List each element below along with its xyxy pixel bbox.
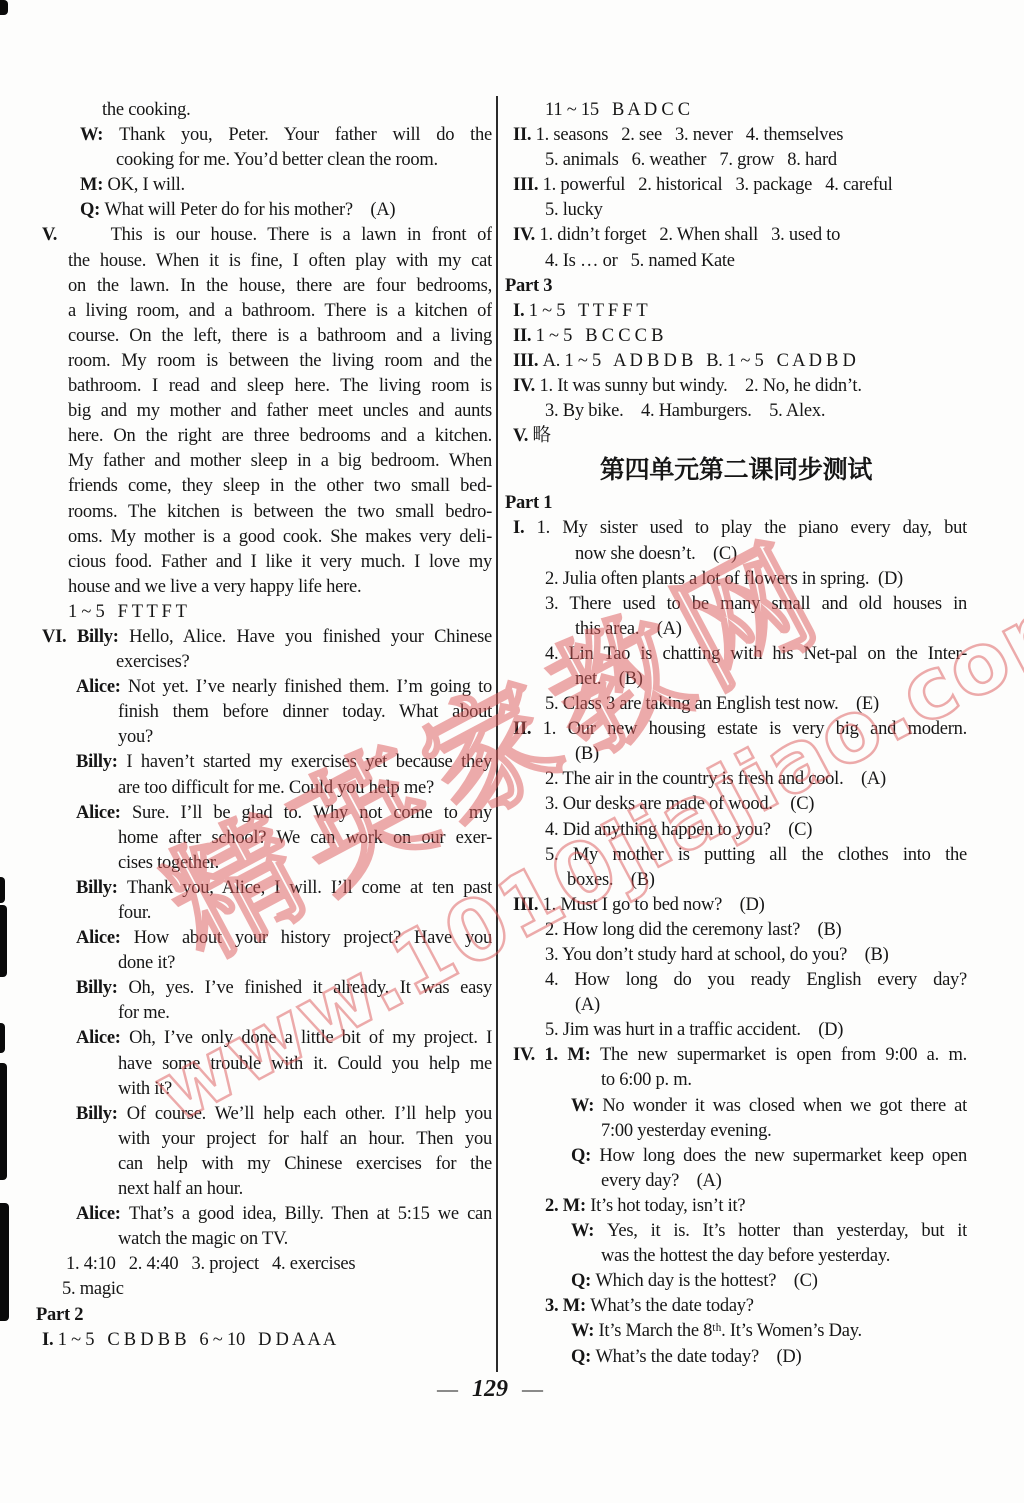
line-text: 3. There used to be many small and old h…: [545, 594, 967, 614]
bold-label: Part 3: [505, 276, 552, 296]
text-line: My father and mother sleep in a big bedr…: [36, 449, 492, 474]
bold-label: Alice:: [76, 928, 134, 948]
text-line: with it?: [36, 1077, 492, 1102]
line-text: cious food. Father and I like it very mu…: [68, 552, 492, 572]
text-line: done it?: [36, 951, 492, 976]
text-line: 5. My mother is putting all the clothes …: [505, 843, 967, 868]
line-text: 1. Our new housing estate is very big an…: [543, 719, 967, 739]
bold-label: V.: [513, 426, 532, 446]
text-line: 3. There used to be many small and old h…: [505, 592, 967, 617]
line-text: bathroom. I read and sleep here. The liv…: [68, 376, 492, 396]
line-text: Thank you, Peter. Your father will do th…: [119, 125, 492, 145]
line-text: Thank you, Alice, I will. I’ll come at t…: [127, 878, 492, 898]
bold-label: Billy:: [76, 978, 128, 998]
bold-label: W:: [571, 1321, 599, 1341]
line-text: How long does the new supermarket keep o…: [599, 1146, 967, 1166]
line-text: 5. My mother is putting all the clothes …: [545, 845, 967, 865]
line-text: are too difficult for me. Could you help…: [118, 778, 434, 798]
text-line: Part 2: [36, 1303, 492, 1328]
text-line: cious food. Father and I like it very mu…: [36, 550, 492, 575]
page-number-value: 129: [472, 1376, 508, 1402]
bold-label: Alice:: [76, 1028, 129, 1048]
text-line: this area. (A): [505, 617, 967, 642]
line-text: 4. Did anything happen to you? (C): [545, 820, 812, 840]
text-line: W: Yes, it is. It’s hotter than yesterda…: [505, 1219, 967, 1244]
line-text: What will Peter do for his mother? (A): [104, 200, 395, 220]
text-line: Q: How long does the new supermarket kee…: [505, 1144, 967, 1169]
text-line: house and we live a very happy life here…: [36, 575, 492, 600]
text-line: W: No wonder it was closed when we got t…: [505, 1094, 967, 1119]
line-text: to 6:00 p. m.: [601, 1070, 692, 1090]
text-line: 2. The air in the country is fresh and c…: [505, 767, 967, 792]
line-text: 1. It was sunny but windy. 2. No, he did…: [539, 376, 861, 396]
text-line: was the hottest the day before yesterday…: [505, 1244, 967, 1269]
scan-artifact: [0, 0, 8, 15]
bold-label: III.: [513, 895, 543, 915]
line-text: 1 ~ 5 T T F F T: [529, 301, 648, 321]
bold-label: III.: [513, 351, 543, 371]
text-line: Q: Which day is the hottest? (C): [505, 1269, 967, 1294]
left-text-column: the cooking.W: Thank you, Peter. Your fa…: [36, 98, 492, 1353]
text-line: are too difficult for me. Could you help…: [36, 776, 492, 801]
line-text: big and my mother and father meet uncles…: [68, 401, 492, 421]
line-text: What’s the date today?: [590, 1296, 754, 1316]
text-line: boxes. (B): [505, 868, 967, 893]
line-text: Oh, I’ve only done a little bit of my pr…: [129, 1028, 492, 1048]
scan-artifact: [0, 905, 7, 977]
line-text: The new supermarket is open from 9:00 a.…: [600, 1045, 967, 1065]
line-text: rooms. The kitchen is between the two sm…: [68, 502, 492, 522]
line-text: 3. Our desks are made of wood. (C): [545, 794, 814, 814]
text-line: 11 ~ 15 B A D C C: [505, 98, 967, 123]
text-line: Billy: I haven’t started my exercises ye…: [36, 750, 492, 775]
line-text: 4. Is … or 5. named Kate: [545, 251, 735, 271]
bold-label: I.: [513, 518, 537, 538]
bold-label: IV. 1. M:: [513, 1045, 600, 1065]
line-text: 1 ~ 5 F T T F T: [68, 602, 187, 622]
bold-label: Alice:: [76, 803, 132, 823]
text-line: Q: What will Peter do for his mother? (A…: [36, 198, 492, 223]
line-text: Which day is the hottest? (C): [595, 1271, 817, 1291]
text-line: W: Thank you, Peter. Your father will do…: [36, 123, 492, 148]
text-line: 1 ~ 5 F T T F T: [36, 600, 492, 625]
text-line: (A): [505, 993, 967, 1018]
text-line: II. 1. Our new housing estate is very bi…: [505, 717, 967, 742]
text-line: here. On the right are three bedrooms an…: [36, 424, 492, 449]
line-text: 5. lucky: [545, 200, 603, 220]
scan-artifact: [0, 877, 5, 903]
line-text: I haven’t started my exercises yet becau…: [126, 752, 492, 772]
line-text: Not yet. I’ve nearly finished them. I’m …: [128, 677, 492, 697]
line-text: house and we live a very happy life here…: [68, 577, 361, 597]
text-line: Alice: That’s a good idea, Billy. Then a…: [36, 1202, 492, 1227]
text-line: cooking for me. You’d better clean the r…: [36, 148, 492, 173]
text-line: 4. How long do you ready English every d…: [505, 968, 967, 993]
text-line: have some trouble with it. Could you hel…: [36, 1052, 492, 1077]
line-text: Sure. I’ll be glad to. Why not come to m…: [132, 803, 492, 823]
line-text: done it?: [118, 953, 175, 973]
line-text: room. My room is between the living room…: [68, 351, 492, 371]
text-line: V. 略: [505, 424, 967, 449]
text-line: finish them before dinner today. What ab…: [36, 700, 492, 725]
bold-label: Part 2: [36, 1305, 83, 1325]
text-line: now she doesn’t. (C): [505, 542, 967, 567]
text-line: II. 1 ~ 5 B C C C B: [505, 324, 967, 349]
scan-artifact: [0, 1023, 5, 1053]
text-line: (B): [505, 742, 967, 767]
text-line: rooms. The kitchen is between the two sm…: [36, 500, 492, 525]
line-text: with it?: [118, 1079, 172, 1099]
line-text: How about your history project? Have you: [134, 928, 492, 948]
text-line: Alice: Sure. I’ll be glad to. Why not co…: [36, 801, 492, 826]
line-text: 4. How long do you ready English every d…: [545, 970, 967, 990]
line-text: cises together.: [118, 853, 219, 873]
line-text: (B): [575, 744, 599, 764]
text-line: 5. magic: [36, 1277, 492, 1302]
line-text: 5. Class 3 are taking an English test no…: [545, 694, 879, 714]
line-text: this area. (A): [575, 619, 682, 639]
line-text: 1. powerful 2. historical 3. package 4. …: [543, 175, 893, 195]
text-line: the house. When it is fine, I often play…: [36, 249, 492, 274]
page-number-left-dash: —: [437, 1377, 458, 1401]
bold-label: Q:: [571, 1146, 599, 1166]
text-line: Alice: Not yet. I’ve nearly finished the…: [36, 675, 492, 700]
text-line: W: It’s March the 8ᵗʰ. It’s Women’s Day.: [505, 1319, 967, 1344]
text-line: bathroom. I read and sleep here. The liv…: [36, 374, 492, 399]
line-text: a living room, and a bathroom. There is …: [68, 301, 492, 321]
line-text: 1. didn’t forget 2. When shall 3. used t…: [539, 225, 840, 245]
text-line: III. 1. powerful 2. historical 3. packag…: [505, 173, 967, 198]
bold-label: Q:: [571, 1347, 595, 1367]
text-line: 4. Did anything happen to you? (C): [505, 818, 967, 843]
text-line: Billy: Of course. We’ll help each other.…: [36, 1102, 492, 1127]
line-text: That’s a good idea, Billy. Then at 5:15 …: [129, 1204, 492, 1224]
text-line: M: OK, I will.: [36, 173, 492, 198]
line-text: boxes. (B): [567, 870, 655, 890]
bold-label: II.: [513, 719, 543, 739]
text-line: a living room, and a bathroom. There is …: [36, 299, 492, 324]
text-line: every day? (A): [505, 1169, 967, 1194]
line-text: Of course. We’ll help each other. I’ll h…: [127, 1104, 492, 1124]
text-line: 3. M: What’s the date today?: [505, 1294, 967, 1319]
line-text: next half an hour.: [118, 1179, 243, 1199]
bold-label: 2. M:: [545, 1196, 590, 1216]
text-line: I. 1 ~ 5 T T F F T: [505, 299, 967, 324]
text-line: I. 1. My sister used to play the piano e…: [505, 516, 967, 541]
text-line: 3. Our desks are made of wood. (C): [505, 792, 967, 817]
line-text: 2. The air in the country is fresh and c…: [545, 769, 886, 789]
line-text: (A): [575, 995, 600, 1015]
text-line: 3. By bike. 4. Hamburgers. 5. Alex.: [505, 399, 967, 424]
line-text: the cooking.: [102, 100, 190, 120]
line-text: cooking for me. You’d better clean the r…: [116, 150, 438, 170]
bold-label: W:: [571, 1096, 602, 1116]
text-line: Part 1: [505, 491, 967, 516]
line-text: every day? (A): [601, 1171, 722, 1191]
line-text: 3. You don’t study hard at school, do yo…: [545, 945, 889, 965]
line-text: 1. Must I go to bed now? (D): [543, 895, 765, 915]
line-text: the house. When it is fine, I often play…: [68, 251, 492, 271]
text-line: 5. Jim was hurt in a traffic accident. (…: [505, 1018, 967, 1043]
bold-label: Alice:: [76, 1204, 129, 1224]
text-line: the cooking.: [36, 98, 492, 123]
line-text: What’s the date today? (D): [595, 1347, 801, 1367]
text-line: cises together.: [36, 851, 492, 876]
bold-label: I.: [513, 301, 529, 321]
bold-label: 3. M:: [545, 1296, 590, 1316]
bold-label: Q:: [80, 200, 104, 220]
line-text: 1. seasons 2. see 3. never 4. themselves: [536, 125, 844, 145]
bold-label: II.: [513, 125, 536, 145]
line-text: 11 ~ 15 B A D C C: [545, 100, 690, 120]
line-text: It’s March the 8ᵗʰ. It’s Women’s Day.: [599, 1321, 862, 1341]
line-text: on the lawn. In the house, there are fou…: [68, 276, 492, 296]
line-text: 1. My sister used to play the piano ever…: [537, 518, 967, 538]
line-text: home after school? We can work on our ex…: [118, 828, 492, 848]
text-line: Billy: Oh, yes. I’ve finished it already…: [36, 976, 492, 1001]
line-text: Yes, it is. It’s hotter than yesterday, …: [607, 1221, 967, 1241]
line-text: now she doesn’t. (C): [575, 544, 737, 564]
line-text: 2. Julia often plants a lot of flowers i…: [545, 569, 903, 589]
bold-label: Billy:: [76, 1104, 127, 1124]
text-line: room. My room is between the living room…: [36, 349, 492, 374]
bold-label: W:: [571, 1221, 607, 1241]
line-text: course. On the left, there is a bathroom…: [68, 326, 492, 346]
text-line: Q: What’s the date today? (D): [505, 1345, 967, 1370]
bold-label: VI. Billy:: [42, 627, 129, 647]
line-text: 5. animals 6. weather 7. grow 8. hard: [545, 150, 837, 170]
text-line: to 6:00 p. m.: [505, 1068, 967, 1093]
text-line: II. 1. seasons 2. see 3. never 4. themse…: [505, 123, 967, 148]
line-text: Hello, Alice. Have you finished your Chi…: [129, 627, 492, 647]
line-text: exercises?: [116, 652, 190, 672]
line-text: 略: [532, 426, 550, 446]
text-line: home after school? We can work on our ex…: [36, 826, 492, 851]
line-text: No wonder it was closed when we got ther…: [602, 1096, 967, 1116]
bold-label: III.: [513, 175, 543, 195]
bold-label: II.: [513, 326, 536, 346]
bold-label: Alice:: [76, 677, 128, 697]
text-line: 7:00 yesterday evening.: [505, 1119, 967, 1144]
text-line: 4. Is … or 5. named Kate: [505, 249, 967, 274]
line-text: friends come, they sleep in the other tw…: [68, 476, 492, 496]
text-line: V. This is our house. There is a lawn in…: [36, 223, 492, 248]
line-text: 1. 4:10 2. 4:40 3. project 4. exercises: [66, 1254, 355, 1274]
line-text: 4. Lin Tao is chatting with his Net-pal …: [545, 644, 967, 664]
text-line: with your project for half an hour. Then…: [36, 1127, 492, 1152]
text-line: 5. lucky: [505, 198, 967, 223]
text-line: Billy: Thank you, Alice, I will. I’ll co…: [36, 876, 492, 901]
line-text: four.: [118, 903, 151, 923]
text-line: net. (B): [505, 667, 967, 692]
line-text: 7:00 yesterday evening.: [601, 1121, 771, 1141]
text-line: 5. animals 6. weather 7. grow 8. hard: [505, 148, 967, 173]
text-line: next half an hour.: [36, 1177, 492, 1202]
line-text: oms. My mother is a good cook. She makes…: [68, 527, 492, 547]
text-line: 4. Lin Tao is chatting with his Net-pal …: [505, 642, 967, 667]
text-line: 1. 4:10 2. 4:40 3. project 4. exercises: [36, 1252, 492, 1277]
scan-artifact: [0, 1203, 9, 1321]
line-text: net. (B): [575, 669, 643, 689]
text-line: I. 1 ~ 5 C B D B B 6 ~ 10 D D A A A: [36, 1328, 492, 1353]
line-text: with your project for half an hour. Then…: [118, 1129, 492, 1149]
line-text: 2. How long did the ceremony last? (B): [545, 920, 841, 940]
page-number: —129—: [380, 1376, 600, 1403]
text-line: four.: [36, 901, 492, 926]
bold-label: IV.: [513, 376, 539, 396]
line-text: 5. magic: [62, 1279, 124, 1299]
text-line: IV. 1. didn’t forget 2. When shall 3. us…: [505, 223, 967, 248]
bold-label: Part 1: [505, 493, 552, 513]
bold-label: M:: [80, 175, 108, 195]
text-line: for me.: [36, 1001, 492, 1026]
bold-label: V.: [42, 225, 68, 245]
text-line: III. A. 1 ~ 5 A D B D B B. 1 ~ 5 C A D B…: [505, 349, 967, 374]
section-heading: 第四单元第二课同步测试: [505, 449, 967, 491]
text-line: 2. M: It’s hot today, isn’t it?: [505, 1194, 967, 1219]
text-line: Alice: Oh, I’ve only done a little bit o…: [36, 1026, 492, 1051]
text-line: Alice: How about your history project? H…: [36, 926, 492, 951]
line-text: 3. By bike. 4. Hamburgers. 5. Alex.: [545, 401, 825, 421]
text-line: on the lawn. In the house, there are fou…: [36, 274, 492, 299]
scan-artifact: [0, 1063, 7, 1180]
text-line: course. On the left, there is a bathroom…: [36, 324, 492, 349]
line-text: It’s hot today, isn’t it?: [590, 1196, 745, 1216]
text-line: big and my mother and father meet uncles…: [36, 399, 492, 424]
text-line: watch the magic on TV.: [36, 1227, 492, 1252]
text-line: oms. My mother is a good cook. She makes…: [36, 525, 492, 550]
line-text: here. On the right are three bedrooms an…: [68, 426, 492, 446]
bold-label: Billy:: [76, 878, 127, 898]
text-line: III. 1. Must I go to bed now? (D): [505, 893, 967, 918]
bold-label: Q:: [571, 1271, 595, 1291]
bold-label: IV.: [513, 225, 539, 245]
text-line: 5. Class 3 are taking an English test no…: [505, 692, 967, 717]
text-line: you?: [36, 725, 492, 750]
line-text: My father and mother sleep in a big bedr…: [68, 451, 492, 471]
bold-label: I.: [42, 1330, 58, 1350]
bold-label: W:: [80, 125, 119, 145]
text-line: 2. How long did the ceremony last? (B): [505, 918, 967, 943]
line-text: have some trouble with it. Could you hel…: [118, 1054, 492, 1074]
line-text: Oh, yes. I’ve finished it already. It wa…: [128, 978, 492, 998]
line-text: 1 ~ 5 B C C C B: [536, 326, 664, 346]
text-line: IV. 1. M: The new supermarket is open fr…: [505, 1043, 967, 1068]
bold-label: Billy:: [76, 752, 126, 772]
line-text: 第四单元第二课同步测试: [600, 455, 872, 484]
line-text: 5. Jim was hurt in a traffic accident. (…: [545, 1020, 843, 1040]
text-line: IV. 1. It was sunny but windy. 2. No, he…: [505, 374, 967, 399]
scanned-answer-page: { "page": {"number": "129", "left_dash":…: [0, 0, 1024, 1503]
column-divider-rule: [496, 96, 498, 1372]
text-line: Part 3: [505, 274, 967, 299]
text-line: exercises?: [36, 650, 492, 675]
right-text-column: 11 ~ 15 B A D C CII. 1. seasons 2. see 3…: [505, 98, 967, 1370]
line-text: OK, I will.: [108, 175, 185, 195]
text-line: friends come, they sleep in the other tw…: [36, 474, 492, 499]
line-text: watch the magic on TV.: [118, 1229, 288, 1249]
line-text: finish them before dinner today. What ab…: [118, 702, 492, 722]
line-text: A. 1 ~ 5 A D B D B B. 1 ~ 5 C A D B D: [543, 351, 856, 371]
text-line: VI. Billy: Hello, Alice. Have you finish…: [36, 625, 492, 650]
text-line: 2. Julia often plants a lot of flowers i…: [505, 567, 967, 592]
line-text: 1 ~ 5 C B D B B 6 ~ 10 D D A A A: [58, 1330, 336, 1350]
line-text: This is our house. There is a lawn in fr…: [68, 225, 492, 245]
text-line: can help with my Chinese exercises for t…: [36, 1152, 492, 1177]
page-number-right-dash: —: [522, 1377, 543, 1401]
line-text: for me.: [118, 1003, 170, 1023]
text-line: 3. You don’t study hard at school, do yo…: [505, 943, 967, 968]
line-text: can help with my Chinese exercises for t…: [118, 1154, 492, 1174]
line-text: was the hottest the day before yesterday…: [601, 1246, 890, 1266]
line-text: you?: [118, 727, 153, 747]
